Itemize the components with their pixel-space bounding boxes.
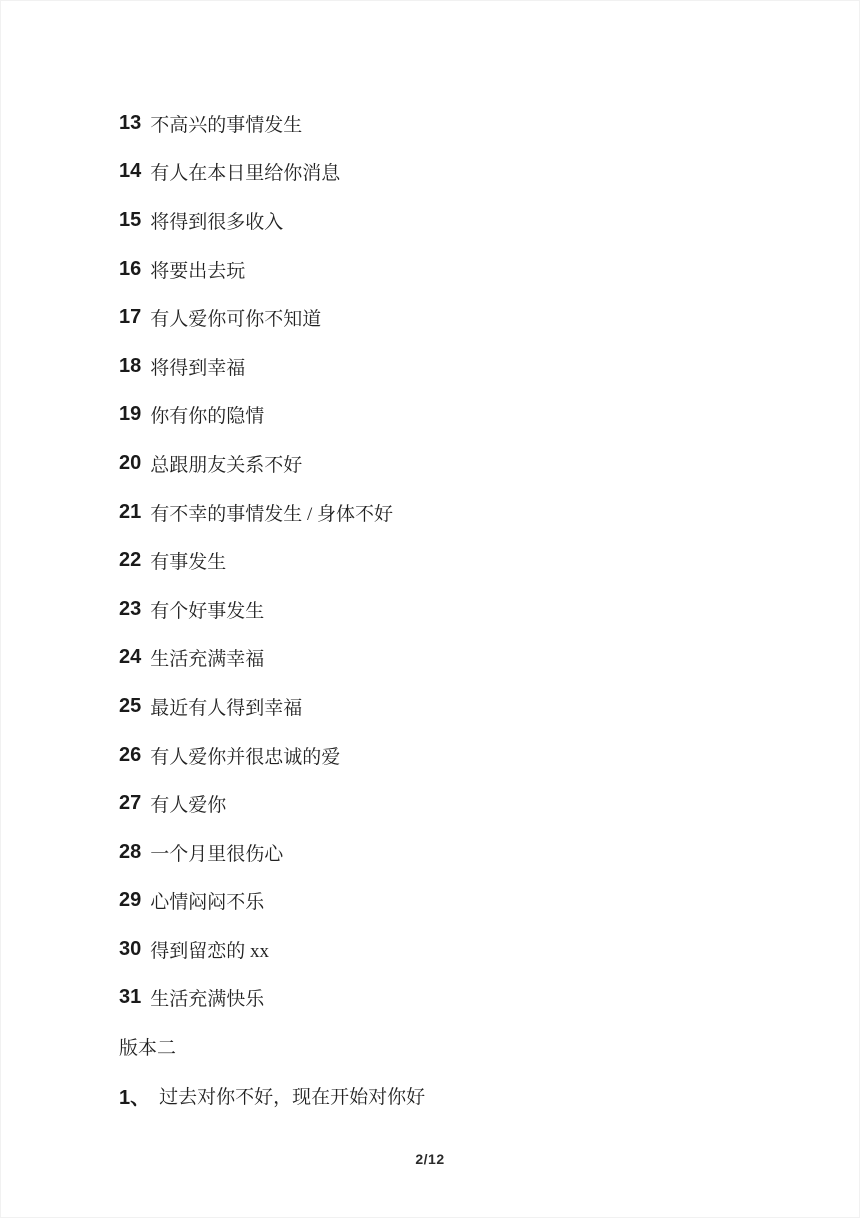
item-number: 23 xyxy=(119,598,141,621)
item-text: 一个月里很伤心 xyxy=(150,839,283,866)
item-number: 21 xyxy=(119,501,141,524)
item-text: 将得到很多收入 xyxy=(150,207,283,234)
item-number: 26 xyxy=(119,744,141,767)
item-number: 27 xyxy=(119,792,141,815)
list-item: 22有事发生 xyxy=(119,536,799,585)
item-number: 31 xyxy=(119,986,141,1009)
list-item: 13不高兴的事情发生 xyxy=(119,99,799,148)
list-item: 28一个月里很伤心 xyxy=(119,828,799,877)
item-text: 心情闷闷不乐 xyxy=(150,887,264,914)
list-item: 25最近有人得到幸福 xyxy=(119,682,799,731)
list-item: 16将要出去玩 xyxy=(119,245,799,294)
list-item: 23有个好事发生 xyxy=(119,585,799,634)
item-text: 得到留恋的 xx xyxy=(150,936,269,963)
page-number: 2/12 xyxy=(1,1151,859,1167)
item-text: 有人爱你 xyxy=(150,790,226,817)
list-item: 20总跟朋友关系不好 xyxy=(119,439,799,488)
item-text: 有事发生 xyxy=(150,547,226,574)
item-text: 有个好事发生 xyxy=(150,596,264,623)
item-number: 17 xyxy=(119,306,141,329)
item-number: 20 xyxy=(119,452,141,475)
list-item: 18将得到幸福 xyxy=(119,342,799,391)
item-number: 29 xyxy=(119,889,141,912)
item-number: 13 xyxy=(119,112,141,135)
list-item: 31生活充满快乐 xyxy=(119,974,799,1023)
section-heading-text: 版本二 xyxy=(119,1033,176,1060)
list-item: 30得到留恋的 xx xyxy=(119,925,799,974)
item-number: 16 xyxy=(119,258,141,281)
item-text: 生活充满快乐 xyxy=(150,984,264,1011)
item-number: 22 xyxy=(119,549,141,572)
list-item: 21有不幸的事情发生 / 身体不好 xyxy=(119,488,799,537)
list-item: 27有人爱你 xyxy=(119,779,799,828)
item-text: 将得到幸福 xyxy=(150,353,245,380)
item-number: 24 xyxy=(119,646,141,669)
item-text: 有人在本日里给你消息 xyxy=(150,158,340,185)
item-text: 有人爱你可你不知道 xyxy=(150,304,321,331)
item-text: 总跟朋友关系不好 xyxy=(150,450,302,477)
item-text: 不高兴的事情发生 xyxy=(150,110,302,137)
item-number: 14 xyxy=(119,160,141,183)
list-item: 14有人在本日里给你消息 xyxy=(119,148,799,197)
section-heading: 版本二 xyxy=(119,1022,799,1071)
list-item: 1、过去对你不好，现在开始对你好 xyxy=(119,1071,799,1120)
list-item: 17有人爱你可你不知道 xyxy=(119,293,799,342)
document-body: 13不高兴的事情发生 14有人在本日里给你消息 15将得到很多收入 16将要出去… xyxy=(119,99,799,1119)
item-text: 将要出去玩 xyxy=(150,256,245,283)
item-number: 25 xyxy=(119,695,141,718)
list-item: 24生活充满幸福 xyxy=(119,634,799,683)
item-text: 有人爱你并很忠诚的爱 xyxy=(150,742,340,769)
document-page: 13不高兴的事情发生 14有人在本日里给你消息 15将得到很多收入 16将要出去… xyxy=(0,0,860,1218)
item-text: 生活充满幸福 xyxy=(150,644,264,671)
item-number: 15 xyxy=(119,209,141,232)
item-text: 最近有人得到幸福 xyxy=(150,693,302,720)
item-number: 30 xyxy=(119,938,141,961)
list-item: 19你有你的隐情 xyxy=(119,391,799,440)
item-number: 18 xyxy=(119,355,141,378)
item-number: 1、 xyxy=(119,1081,150,1110)
item-text: 过去对你不好，现在开始对你好 xyxy=(159,1082,425,1109)
list-item: 29心情闷闷不乐 xyxy=(119,877,799,926)
item-number: 28 xyxy=(119,841,141,864)
item-text: 你有你的隐情 xyxy=(150,401,264,428)
item-number: 19 xyxy=(119,403,141,426)
list-item: 15将得到很多收入 xyxy=(119,196,799,245)
item-text: 有不幸的事情发生 / 身体不好 xyxy=(150,499,393,526)
list-item: 26有人爱你并很忠诚的爱 xyxy=(119,731,799,780)
